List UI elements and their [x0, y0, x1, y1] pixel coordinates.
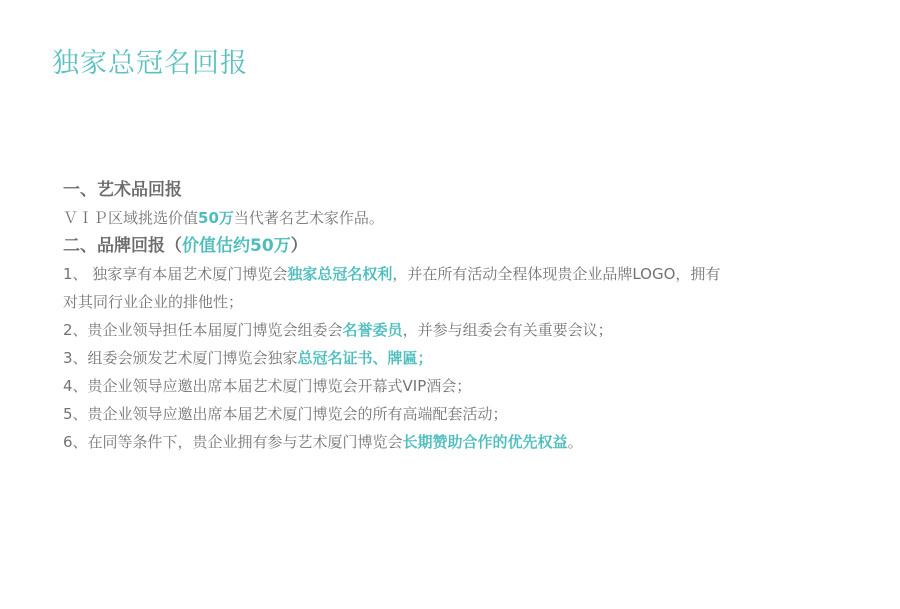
section-heading-artwork: 一、艺术品回报	[63, 176, 783, 204]
heading-suffix: ）	[291, 236, 308, 256]
line-text: 1、 独家享有本届艺术厦门博览会	[63, 265, 287, 283]
brand-reward-item-4: 4、贵企业领导应邀出席本届艺术厦门博览会开幕式VIP酒会；	[63, 372, 783, 400]
highlight-text: 独家总冠名权利	[287, 265, 392, 283]
heading-prefix: 二、品牌回报（	[63, 236, 182, 256]
brand-reward-item-5: 5、贵企业领导应邀出席本届艺术厦门博览会的所有高端配套活动；	[63, 400, 783, 428]
line-text: 6、在同等条件下，贵企业拥有参与艺术厦门博览会	[63, 433, 403, 451]
highlight-text: 总冠名证书、牌匾；	[298, 349, 433, 367]
rewards-content: 一、艺术品回报 ＶＩＰ区域挑选价值50万当代著名艺术家作品。 二、品牌回报（价值…	[63, 176, 783, 456]
section-heading-brand: 二、品牌回报（价值估约50万）	[63, 232, 783, 260]
line-text: 2、贵企业领导担任本届厦门博览会组委会	[63, 321, 343, 339]
brand-reward-item-2: 2、贵企业领导担任本届厦门博览会组委会名誉委员，并参与组委会有关重要会议；	[63, 316, 783, 344]
brand-reward-item-6: 6、在同等条件下，贵企业拥有参与艺术厦门博览会长期赞助合作的优先权益。	[63, 428, 783, 456]
page-title: 独家总冠名回报	[52, 46, 248, 82]
highlight-text: 名誉委员	[343, 321, 403, 339]
line-text: 3、组委会颁发艺术厦门博览会独家	[63, 349, 298, 367]
brand-reward-item-1-cont: 对其同行业企业的排他性；	[63, 288, 783, 316]
line-text: ＶＩＰ区域挑选价值	[63, 209, 198, 227]
highlight-value: 50万	[198, 209, 234, 227]
artwork-reward-line: ＶＩＰ区域挑选价值50万当代著名艺术家作品。	[63, 204, 783, 232]
line-text: 4、贵企业领导应邀出席本届艺术厦门博览会开幕式VIP酒会；	[63, 377, 471, 395]
heading-value-estimate: 价值估约50万	[182, 236, 291, 256]
brand-reward-item-1: 1、 独家享有本届艺术厦门博览会独家总冠名权利，并在所有活动全程体现贵企业品牌L…	[63, 260, 783, 288]
highlight-text: 长期赞助合作的优先权益	[403, 433, 568, 451]
brand-reward-item-3: 3、组委会颁发艺术厦门博览会独家总冠名证书、牌匾；	[63, 344, 783, 372]
line-text: 对其同行业企业的排他性；	[63, 293, 243, 311]
line-text: 。	[568, 433, 583, 451]
line-text: 5、贵企业领导应邀出席本届艺术厦门博览会的所有高端配套活动；	[63, 405, 508, 423]
line-text: ，并在所有活动全程体现贵企业品牌LOGO，拥有	[392, 265, 720, 283]
line-text: 当代著名艺术家作品。	[234, 209, 384, 227]
line-text: ，并参与组委会有关重要会议；	[403, 321, 613, 339]
